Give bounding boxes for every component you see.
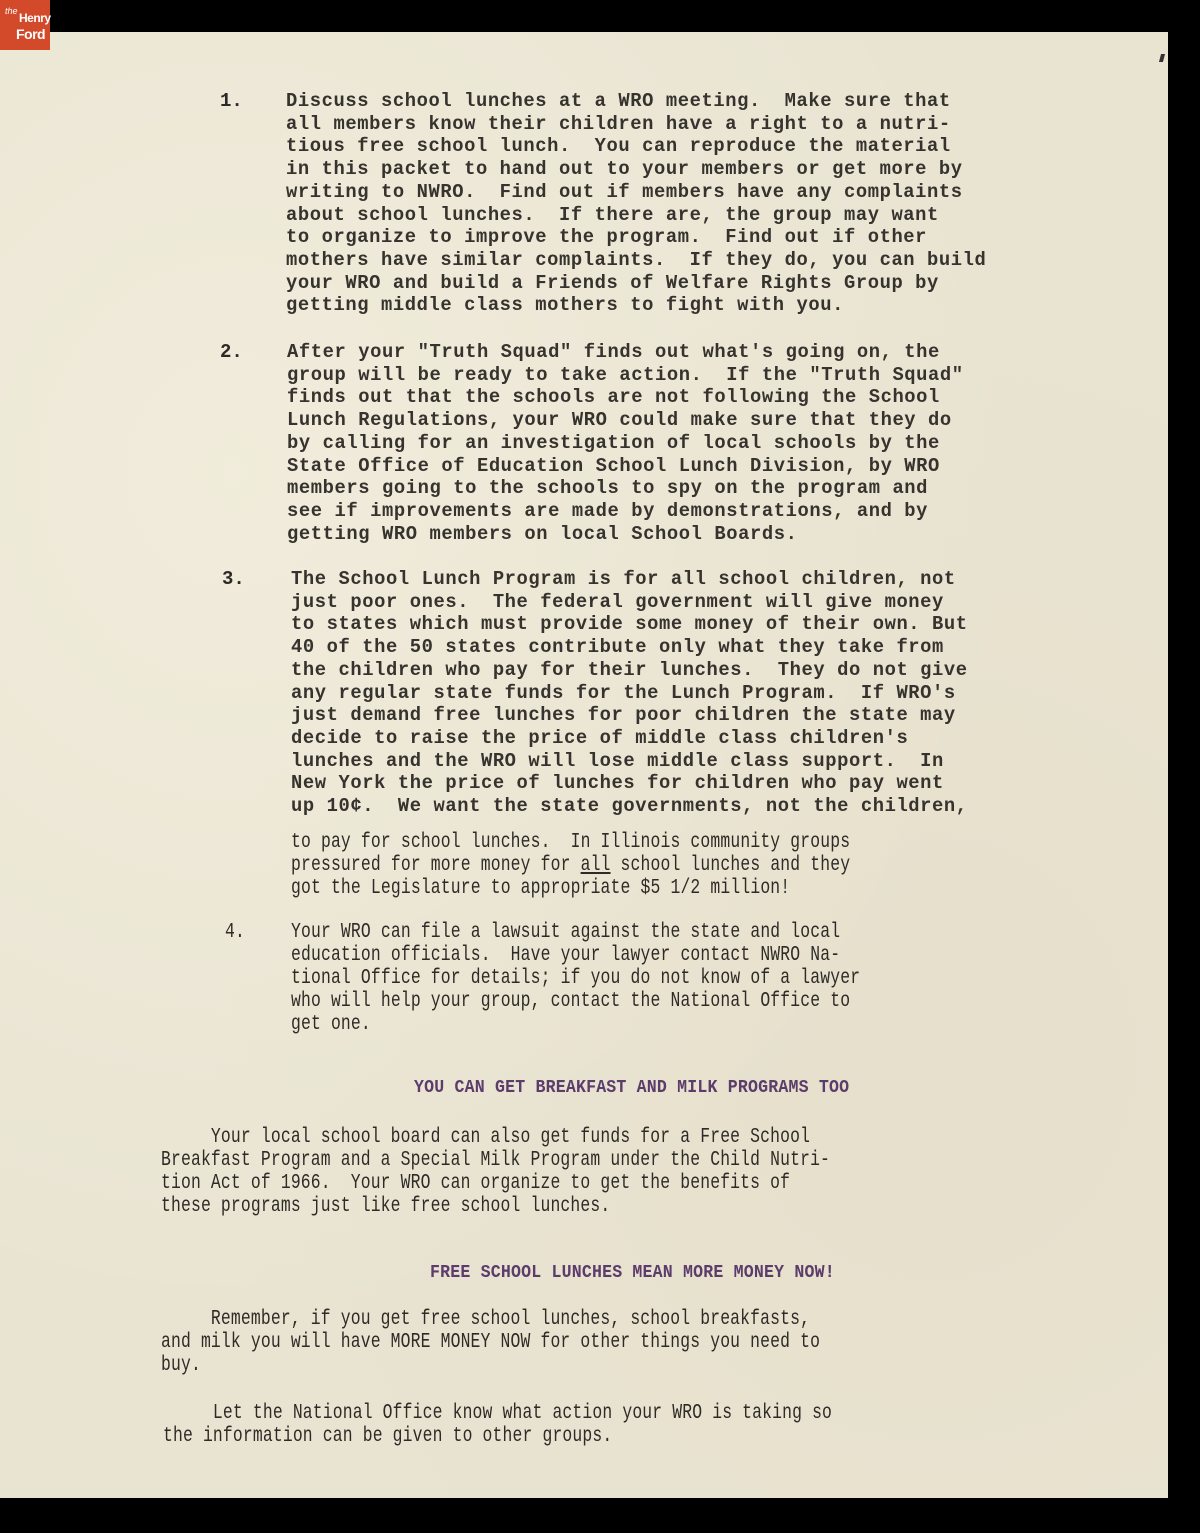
text-line: to pay for school lunches. In Illinois c… [291, 831, 850, 854]
item-number: 1. [220, 90, 243, 112]
text-line: finds out that the schools are not follo… [287, 386, 940, 408]
text-line: State Office of Education School Lunch D… [287, 455, 940, 477]
text-line: and milk you will have MORE MONEY NOW fo… [161, 1331, 820, 1354]
text-line: group will be ready to take action. If t… [287, 364, 964, 386]
list-item-4-number: 4. [225, 921, 245, 944]
text-line: tious free school lunch. You can reprodu… [286, 135, 951, 157]
text-line: school lunches and they [611, 854, 851, 877]
text-line: these programs just like free school lun… [161, 1195, 610, 1218]
text-line: getting WRO members on local School Boar… [287, 523, 797, 545]
logo-ford: Ford [16, 27, 45, 41]
text-line: Your local school board can also get fun… [161, 1126, 810, 1149]
text-line: tional Office for details; if you do not… [291, 967, 860, 990]
text-line: mothers have similar complaints. If they… [286, 249, 986, 271]
text-line: to organize to improve the program. Find… [286, 226, 927, 248]
text-line: decide to raise the price of middle clas… [291, 727, 908, 749]
text-line: Lunch Regulations, your WRO could make s… [287, 409, 952, 431]
henry-ford-logo: the Henry Ford [0, 0, 50, 50]
national-office-paragraph: Let the National Office know what action… [163, 1402, 832, 1448]
text-line: New York the price of lunches for childr… [291, 772, 944, 794]
text-line: The School Lunch Program is for all scho… [291, 568, 956, 590]
text-line: 40 of the 50 states contribute only what… [291, 636, 944, 658]
text-line: any regular state funds for the Lunch Pr… [291, 682, 956, 704]
text-line: pressured for more money for [291, 854, 581, 877]
text-line: just demand free lunches for poor childr… [291, 704, 956, 726]
text-line: education officials. Have your lawyer co… [291, 944, 840, 967]
text-line: Your WRO can file a lawsuit against the … [291, 921, 840, 944]
text-line: all members know their children have a r… [286, 113, 951, 135]
text-line: got the Legislature to appropriate $5 1/… [291, 877, 790, 900]
section-heading-breakfast-milk: YOU CAN GET BREAKFAST AND MILK PROGRAMS … [414, 1078, 849, 1098]
breakfast-milk-paragraph: Your local school board can also get fun… [161, 1126, 830, 1218]
text-line: see if improvements are made by demonstr… [287, 500, 928, 522]
underlined-emphasis: all [581, 854, 611, 877]
text-line: Let the National Office know what action… [163, 1402, 832, 1425]
list-item-4: Your WRO can file a lawsuit against the … [291, 921, 860, 1036]
text-line: tion Act of 1966. Your WRO can organize … [161, 1172, 790, 1195]
text-line: members going to the schools to spy on t… [287, 477, 928, 499]
text-line: getting middle class mothers to fight wi… [286, 294, 844, 316]
item-number: 3. [222, 568, 245, 590]
text-line: After your "Truth Squad" finds out what'… [287, 341, 940, 363]
document-page: 1. Discuss school lunches at a WRO meeti… [0, 32, 1168, 1498]
text-line: the information can be given to other gr… [163, 1425, 612, 1448]
item-number: 2. [220, 341, 243, 363]
text-line: Breakfast Program and a Special Milk Pro… [161, 1149, 830, 1172]
text-line: lunches and the WRO will lose middle cla… [291, 750, 944, 772]
text-line: buy. [161, 1354, 201, 1377]
item-number: 4. [225, 921, 245, 944]
text-line: by calling for an investigation of local… [287, 432, 940, 454]
text-line: writing to NWRO. Find out if members hav… [286, 181, 963, 203]
item-3-continuation: to pay for school lunches. In Illinois c… [291, 831, 850, 900]
text-line: your WRO and build a Friends of Welfare … [286, 272, 939, 294]
text-line: who will help your group, contact the Na… [291, 990, 850, 1013]
text-line: about school lunches. If there are, the … [286, 204, 939, 226]
page-edge-mark [1159, 54, 1165, 62]
text-line: up 10¢. We want the state governments, n… [291, 795, 968, 817]
more-money-paragraph: Remember, if you get free school lunches… [161, 1308, 820, 1377]
text-line: to states which must provide some money … [291, 613, 968, 635]
text-line: Discuss school lunches at a WRO meeting.… [286, 90, 951, 112]
item-body: After your "Truth Squad" finds out what'… [287, 341, 964, 545]
logo-the: the [5, 7, 18, 16]
section-heading-more-money: FREE SCHOOL LUNCHES MEAN MORE MONEY NOW! [430, 1263, 835, 1283]
text-line: just poor ones. The federal government w… [291, 591, 944, 613]
item-body: Discuss school lunches at a WRO meeting.… [286, 90, 986, 317]
text-line: in this packet to hand out to your membe… [286, 158, 963, 180]
text-line: get one. [291, 1013, 371, 1036]
text-line: the children who pay for their lunches. … [291, 659, 968, 681]
logo-henry: Henry [19, 12, 51, 24]
item-body: The School Lunch Program is for all scho… [291, 568, 968, 818]
text-line: Remember, if you get free school lunches… [161, 1308, 810, 1331]
